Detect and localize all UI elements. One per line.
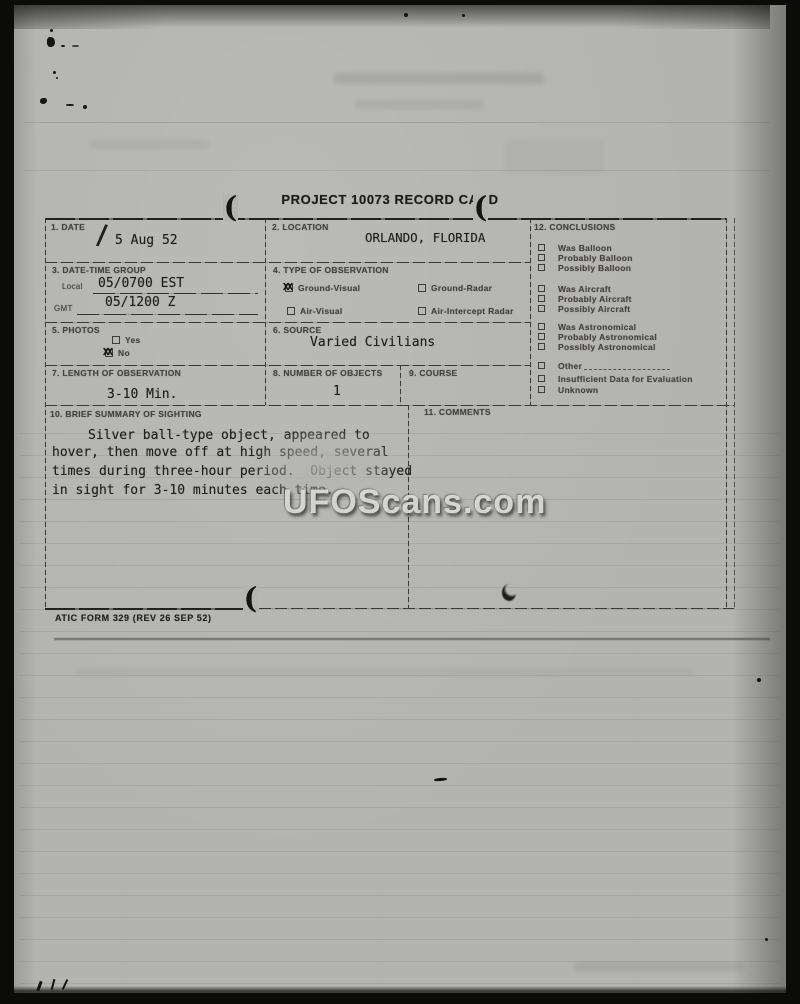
underline xyxy=(93,293,258,294)
ink-speck xyxy=(72,45,79,47)
ink-speck xyxy=(66,104,74,106)
checkbox-icon xyxy=(538,386,545,393)
field-location-value: ORLANDO, FLORIDA xyxy=(365,230,485,245)
watermark: UFOScans.com xyxy=(283,483,546,522)
bleedthrough-smudge xyxy=(504,140,604,174)
ink-speck xyxy=(40,98,47,104)
conclusion-possibly-astronomical: Possibly Astronomical xyxy=(538,338,656,356)
checkbox-icon xyxy=(538,264,545,271)
scanned-document-page: PROJECT 10073 RECORD CARD ( ( ( 1. DATE … xyxy=(0,0,800,1004)
field-location-label: 2. LOCATION xyxy=(272,222,329,232)
dtg-gmt-label: GMT xyxy=(54,304,73,313)
dtg-local-label: Local xyxy=(62,282,83,291)
hole-punch-mark: ( xyxy=(223,194,238,221)
bleedthrough-line xyxy=(54,638,770,640)
grid-line xyxy=(259,608,734,609)
grid-line xyxy=(45,608,245,610)
ink-speck xyxy=(462,14,465,17)
ink-speck xyxy=(61,45,65,47)
checkbox-icon xyxy=(287,307,295,315)
grid-line xyxy=(45,218,46,609)
summary-line: hover, then move off at high speed, seve… xyxy=(52,445,389,460)
checkbox-icon xyxy=(418,307,426,315)
bleedthrough-smudge xyxy=(334,73,544,84)
field-number-value: 1 xyxy=(333,384,341,399)
option-air-intercept-radar: Air-Intercept Radar xyxy=(418,302,514,320)
blank-line xyxy=(584,362,670,370)
ink-speck xyxy=(56,77,58,79)
field-length-label: 7. LENGTH OF OBSERVATION xyxy=(52,368,181,378)
summary-line: Silver ball-type object, appeared to xyxy=(52,426,370,445)
form-number: ATIC FORM 329 (REV 26 SEP 52) xyxy=(55,613,212,623)
scan-edge-shadow-bottom xyxy=(14,986,786,993)
grid-line xyxy=(400,365,401,405)
field-comments-label: 11. COMMENTS xyxy=(424,407,491,417)
bleedthrough-line xyxy=(24,122,770,123)
field-length-value: 3-10 Min. xyxy=(107,387,177,402)
ink-speck xyxy=(404,13,408,17)
checkbox-icon xyxy=(538,343,545,350)
scan-edge-shadow-top xyxy=(14,5,770,29)
option-ground-visual: Ground-Visual xyxy=(285,279,360,297)
checkbox-icon xyxy=(105,349,113,357)
checkbox-icon xyxy=(418,284,426,292)
bleedthrough-smudge xyxy=(89,140,209,149)
conclusion-unknown: Unknown xyxy=(538,381,598,399)
bleedthrough-smudge xyxy=(74,668,694,676)
field-summary-label: 10. BRIEF SUMMARY OF SIGHTING xyxy=(50,409,202,419)
grid-line xyxy=(45,262,530,263)
field-date-value: 5 Aug 52 xyxy=(115,233,178,248)
conclusion-possibly-aircraft: Possibly Aircraft xyxy=(538,300,630,318)
hole-punch-mark: ( xyxy=(243,585,258,612)
option-air-visual: Air-Visual xyxy=(287,302,343,320)
card-title: PROJECT 10073 RECORD CARD xyxy=(230,192,550,207)
bleedthrough-smudge xyxy=(354,100,484,109)
field-photos-label: 5. PHOTOS xyxy=(52,325,100,335)
option-ground-radar: Ground-Radar xyxy=(418,279,492,297)
grid-line xyxy=(265,218,266,405)
ink-speck xyxy=(765,938,768,941)
field-course-label: 9. COURSE xyxy=(409,368,458,378)
checkbox-icon xyxy=(538,305,545,312)
record-card: ( ( ( 1. DATE / 5 Aug 52 2. LOCATION ORL… xyxy=(45,218,737,610)
grid-line xyxy=(45,322,530,323)
underline xyxy=(77,314,258,315)
dtg-gmt-value: 05/1200 Z xyxy=(105,295,175,310)
field-number-label: 8. NUMBER OF OBJECTS xyxy=(273,368,382,378)
ink-speck xyxy=(53,71,56,74)
field-type-label: 4. TYPE OF OBSERVATION xyxy=(273,265,389,275)
hole-punch-shadow xyxy=(502,584,516,601)
handwritten-slash: / xyxy=(95,220,108,252)
checkbox-icon xyxy=(112,336,120,344)
field-source-value: Varied Civilians xyxy=(310,335,435,350)
checkbox-icon xyxy=(285,284,293,292)
bleedthrough-line xyxy=(24,170,770,171)
option-photos-no: No xyxy=(105,344,130,362)
grid-line xyxy=(45,405,734,406)
ink-speck xyxy=(757,678,761,682)
grid-line xyxy=(734,218,735,609)
conclusion-possibly-balloon: Possibly Balloon xyxy=(538,259,631,277)
bleedthrough-smudge xyxy=(574,962,744,971)
field-dtg-label: 3. DATE-TIME GROUP xyxy=(52,265,146,275)
ink-speck xyxy=(50,29,53,32)
checkbox-icon xyxy=(538,362,545,369)
grid-line xyxy=(45,365,530,366)
grid-line xyxy=(726,218,727,609)
ink-speck xyxy=(83,105,87,109)
hole-punch-mark: ( xyxy=(473,194,488,221)
dtg-local-value: 05/0700 EST xyxy=(98,276,184,291)
conclusions-list: Was Balloon Probably Balloon Possibly Ba… xyxy=(530,218,726,405)
ink-speck xyxy=(47,37,55,47)
summary-line: times during three-hour period. Object s… xyxy=(52,464,412,479)
field-source-label: 6. SOURCE xyxy=(273,325,322,335)
field-date-label: 1. DATE xyxy=(51,222,85,232)
